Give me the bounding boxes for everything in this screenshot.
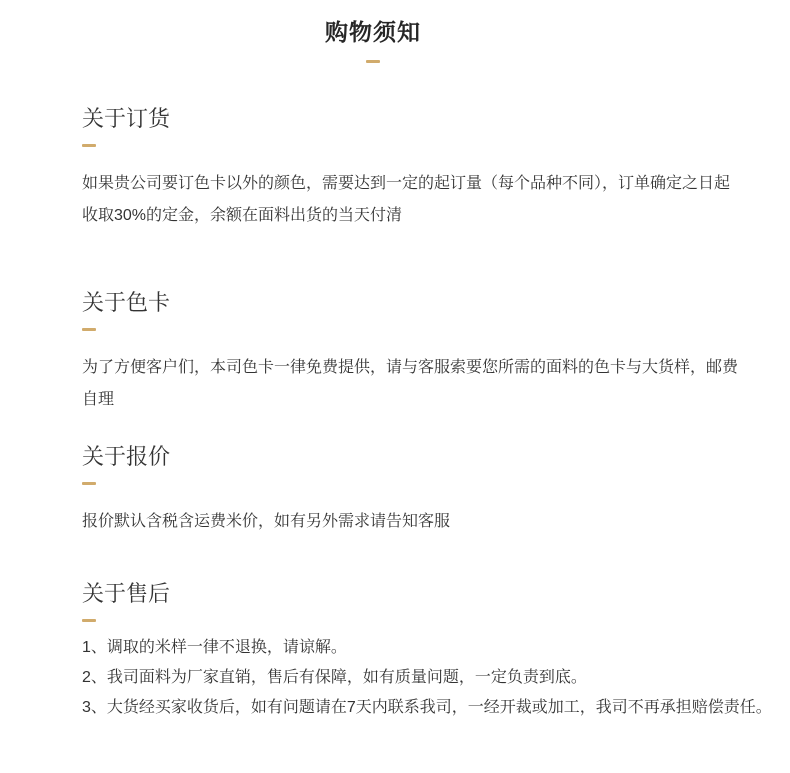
- list-item: 3、大货经买家收货后，如有问题请在7天内联系我司，一经开裁或加工，我司不再承担赔…: [82, 693, 780, 723]
- section-quotation-accent-dash: [82, 482, 96, 485]
- section-quotation-paragraph: 报价默认含税含运费米价，如有另外需求请告知客服: [82, 506, 780, 538]
- paragraph-line: 为了方便客户们，本司色卡一律免费提供，请与客服索要您所需的面料的色卡与大货样，邮…: [82, 352, 780, 384]
- section-color-card-paragraph: 为了方便客户们，本司色卡一律免费提供，请与客服索要您所需的面料的色卡与大货样，邮…: [82, 352, 780, 416]
- title-accent-dash: [366, 60, 380, 63]
- section-color-card-heading: 关于色卡: [82, 289, 780, 317]
- section-quotation-heading: 关于报价: [82, 443, 780, 471]
- section-after-sales-accent-dash: [82, 619, 96, 622]
- section-quotation: 关于报价 报价默认含税含运费米价，如有另外需求请告知客服: [82, 443, 780, 538]
- section-ordering-accent-dash: [82, 144, 96, 147]
- page-title: 购物须知: [0, 18, 746, 46]
- paragraph-line: 如果贵公司要订色卡以外的颜色，需要达到一定的起订量（每个品种不同），订单确定之日…: [82, 168, 780, 200]
- section-color-card: 关于色卡 为了方便客户们，本司色卡一律免费提供，请与客服索要您所需的面料的色卡与…: [82, 289, 780, 416]
- section-after-sales: 关于售后 1、调取的米样一律不退换，请谅解。 2、我司面料为厂家直销，售后有保障…: [82, 580, 780, 723]
- paragraph-line: 报价默认含税含运费米价，如有另外需求请告知客服: [82, 506, 780, 538]
- paragraph-line: 自理: [82, 384, 780, 416]
- section-after-sales-heading: 关于售后: [82, 580, 780, 608]
- list-item: 2、我司面料为厂家直销，售后有保障，如有质量问题，一定负责到底。: [82, 663, 780, 693]
- section-ordering-heading: 关于订货: [82, 105, 780, 133]
- list-item: 1、调取的米样一律不退换，请谅解。: [82, 633, 780, 663]
- page-header: 购物须知: [0, 0, 746, 63]
- section-ordering: 关于订货 如果贵公司要订色卡以外的颜色，需要达到一定的起订量（每个品种不同），订…: [82, 105, 780, 232]
- paragraph-line: 收取30%的定金，余额在面料出货的当天付清: [82, 200, 780, 232]
- section-color-card-accent-dash: [82, 328, 96, 331]
- shopping-notice-page: 购物须知 关于订货 如果贵公司要订色卡以外的颜色，需要达到一定的起订量（每个品种…: [0, 0, 790, 773]
- section-ordering-paragraph: 如果贵公司要订色卡以外的颜色，需要达到一定的起订量（每个品种不同），订单确定之日…: [82, 168, 780, 232]
- after-sales-list: 1、调取的米样一律不退换，请谅解。 2、我司面料为厂家直销，售后有保障，如有质量…: [82, 633, 780, 723]
